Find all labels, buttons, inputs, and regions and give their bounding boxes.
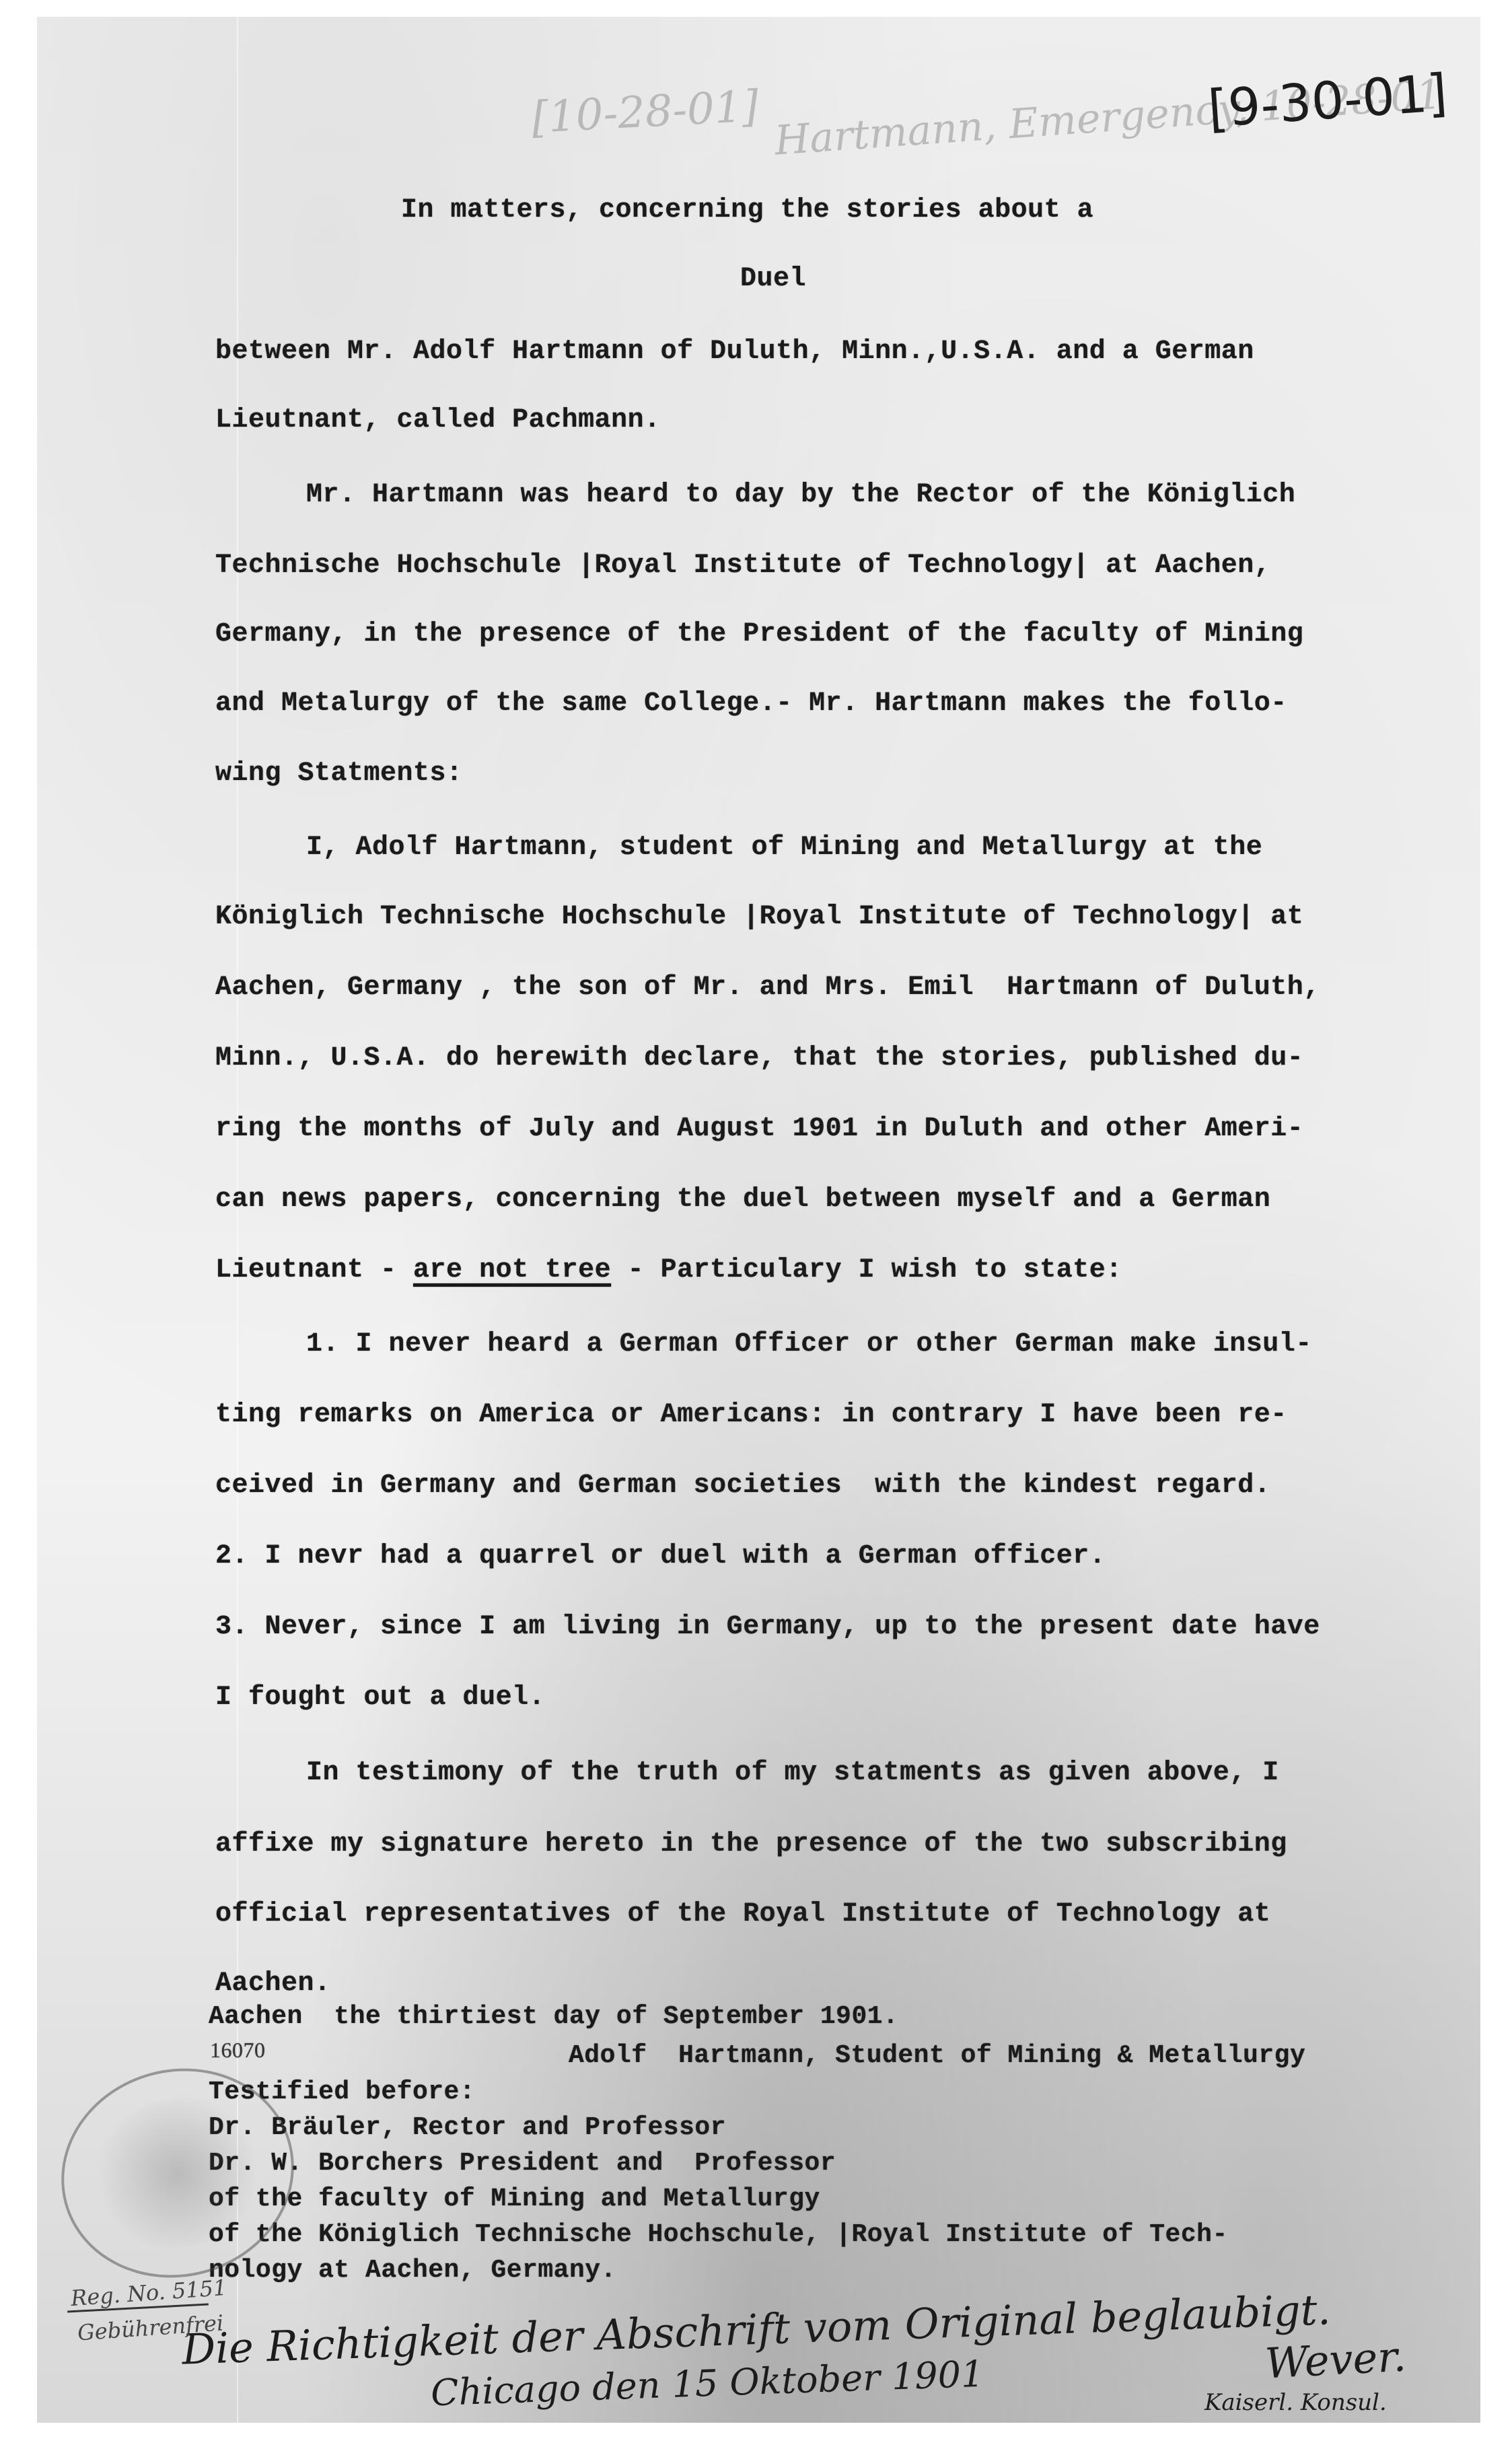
intro-line-1: between Mr. Adolf Hartmann of Duluth, Mi…: [215, 336, 1254, 367]
witness-2-line-3: of the Königlich Technische Hochschule, …: [209, 2220, 1228, 2249]
paragraph1-line-1: Mr. Hartmann was heard to day by the Rec…: [306, 480, 1295, 510]
statement-1-line-3: ceived in Germany and German societies w…: [215, 1470, 1270, 1501]
paragraph1-line-2: Technische Hochschule |Royal Institute o…: [215, 550, 1270, 581]
intro-line-2: Lieutnant, called Pachmann.: [215, 405, 661, 435]
date-line: Aachen the thirtiest day of September 19…: [209, 2002, 898, 2031]
witness-2-line-2: of the faculty of Mining and Metallurgy: [209, 2184, 820, 2213]
statement-3-line-2: I fought out a duel.: [215, 1682, 545, 1713]
paragraph1-line-3: Germany, in the presence of the Presiden…: [215, 619, 1303, 649]
statement-1-line-2: ting remarks on America or Americans: in…: [215, 1400, 1287, 1430]
witness-2-line-1: Dr. W. Borchers President and Professor: [209, 2149, 836, 2178]
lieutnant-line-after: - Particulary I wish to state:: [611, 1255, 1122, 1285]
paragraph1-line-5: wing Statments:: [215, 758, 463, 789]
paragraph2-line-1: I, Adolf Hartmann, student of Mining and…: [306, 832, 1262, 863]
paragraph2-line-4: Minn., U.S.A. do herewith declare, that …: [215, 1043, 1303, 1073]
paragraph2-line-3: Aachen, Germany , the son of Mr. and Mrs…: [215, 972, 1320, 1003]
testimony-line-1: In testimony of the truth of my statment…: [306, 1758, 1279, 1788]
statement-1-line-1: 1. I never heard a German Officer or oth…: [306, 1329, 1312, 1359]
seal-inner-mark: [74, 2079, 281, 2267]
consul-title: Kaiserl. Konsul.: [1204, 2389, 1387, 2416]
signature-line: Adolf Hartmann, Student of Mining & Meta…: [569, 2041, 1305, 2070]
testimony-line-3: official representatives of the Royal In…: [215, 1899, 1270, 1929]
testimony-line-2: affixe my signature hereto in the presen…: [215, 1829, 1287, 1859]
statement-3-line-1: 3. Never, since I am living in Germany, …: [215, 1612, 1320, 1642]
paragraph2-line-6: can news papers, concerning the duel bet…: [215, 1184, 1270, 1215]
underlined-phrase: are not tree: [413, 1255, 611, 1285]
paragraph2-line-5: ring the months of July and August 1901 …: [215, 1114, 1303, 1144]
paragraph2-line-2: Königlich Technische Hochschule |Royal I…: [215, 902, 1303, 932]
consul-signature: Wever.: [1264, 2332, 1407, 2388]
lieutnant-line: Lieutnant - are not tree - Particulary I…: [215, 1255, 1122, 1285]
heading-duel: Duel: [740, 264, 806, 294]
heading-line-1: In matters, concerning the stories about…: [401, 195, 1093, 225]
paragraph1-line-4: and Metalurgy of the same College.- Mr. …: [215, 688, 1287, 719]
witness-2-line-4: nology at Aachen, Germany.: [209, 2256, 616, 2285]
lieutnant-line-before: Lieutnant -: [215, 1255, 413, 1285]
testimony-line-4: Aachen.: [215, 1968, 331, 1999]
stamp-number: 16070: [210, 2038, 266, 2063]
statement-2: 2. I nevr had a quarrel or duel with a G…: [215, 1541, 1106, 1571]
